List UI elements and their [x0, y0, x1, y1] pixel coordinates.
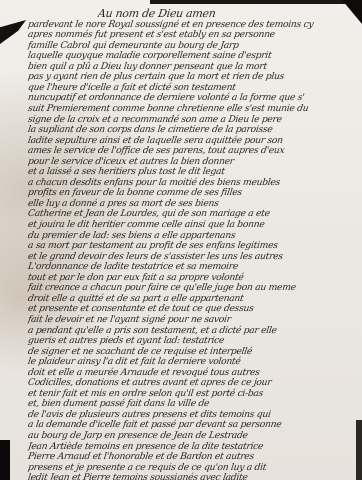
- manuscript-line: suit Premierement comme bonne chretienne…: [27, 103, 359, 114]
- manuscript-line: et jouira le dit heritier comme celle ai…: [27, 219, 359, 230]
- manuscript-line: gueris et autres pieds et ayant lad: tes…: [27, 335, 359, 346]
- manuscript-line: nuncupatif et ordonnance de derniere vol…: [27, 92, 359, 103]
- manuscript-line: Jean Artiède temoins en presence de la d…: [27, 441, 359, 452]
- manuscript-line: signe de la croix et a recommandé son am…: [27, 114, 359, 125]
- manuscript-line: et, bien dument passé fait dans la ville…: [27, 398, 359, 409]
- manuscript-line: la supliant de son corps dans le cimetie…: [27, 124, 359, 135]
- scan-edge-bottom-left: [0, 440, 10, 480]
- manuscript-line: profits en faveur de la bonne comme de s…: [27, 187, 359, 198]
- manuscript-line: et presente et consentante et de tout ce…: [27, 303, 359, 314]
- manuscript-line: ames le service de l'office de ses paren…: [27, 145, 359, 156]
- manuscript-line: laquelle quoyque maladie corporellement …: [27, 50, 359, 61]
- manuscript-line: du premier de lad: ses biens a elle appa…: [27, 230, 359, 241]
- manuscript-line: pas y ayant rien de plus certain que la …: [27, 71, 359, 82]
- manuscript-line: le plaideur ainsy l'a dit et fait la der…: [27, 356, 359, 367]
- manuscript-line: ledit Jean et Pierre temoins soussignés …: [27, 472, 359, 480]
- manuscript-line: L'ordonnance de ladite testatrice et sa …: [27, 261, 359, 272]
- invocation-heading: Au nom de Dieu amen: [97, 8, 359, 19]
- manuscript-line: pardevant le nore Royal soussigné et en …: [27, 19, 359, 30]
- manuscript-line: Pierre Arnaud et l'honorable et de Bardo…: [27, 451, 359, 462]
- manuscript-line: et le grand devoir des leurs de s'assist…: [27, 251, 359, 262]
- manuscript-line: Catherine et Jean de Lourdes, qui de son…: [27, 208, 359, 219]
- manuscript-line: presens et je presente a ce requis de ce…: [27, 462, 359, 473]
- manuscript-line: a pendant qu'elle a pris son testament, …: [27, 325, 359, 336]
- manuscript-line: et a laissé a ses heritiers plus tost le…: [27, 166, 359, 177]
- manuscript-line: apres nommés fut present et s'est etably…: [27, 29, 359, 40]
- manuscript-line: a sa mort par testament au profit de ses…: [27, 240, 359, 251]
- manuscript-line: au bourg de Jarp en presence de Jean de …: [27, 430, 359, 441]
- manuscript-line: Codicilles, donations et autres avant et…: [27, 377, 359, 388]
- manuscript-line: ladite sepulture ainsi et de laquelle se…: [27, 135, 359, 146]
- manuscript-line: famille Cabrol qui demeurante au bourg d…: [27, 40, 359, 51]
- manuscript-line: a la demande d'icelle fait et passé par …: [27, 419, 359, 430]
- manuscript-page: Au nom de Dieu amenpardevant le nore Roy…: [28, 4, 358, 476]
- manuscript-line: de signer et ne scachant de ce requise e…: [27, 346, 359, 357]
- manuscript-line: fait le devoir et ne l'ayant signé pour …: [27, 314, 359, 325]
- manuscript-line: fait creance a chacun pour faire ce qu'e…: [27, 282, 359, 293]
